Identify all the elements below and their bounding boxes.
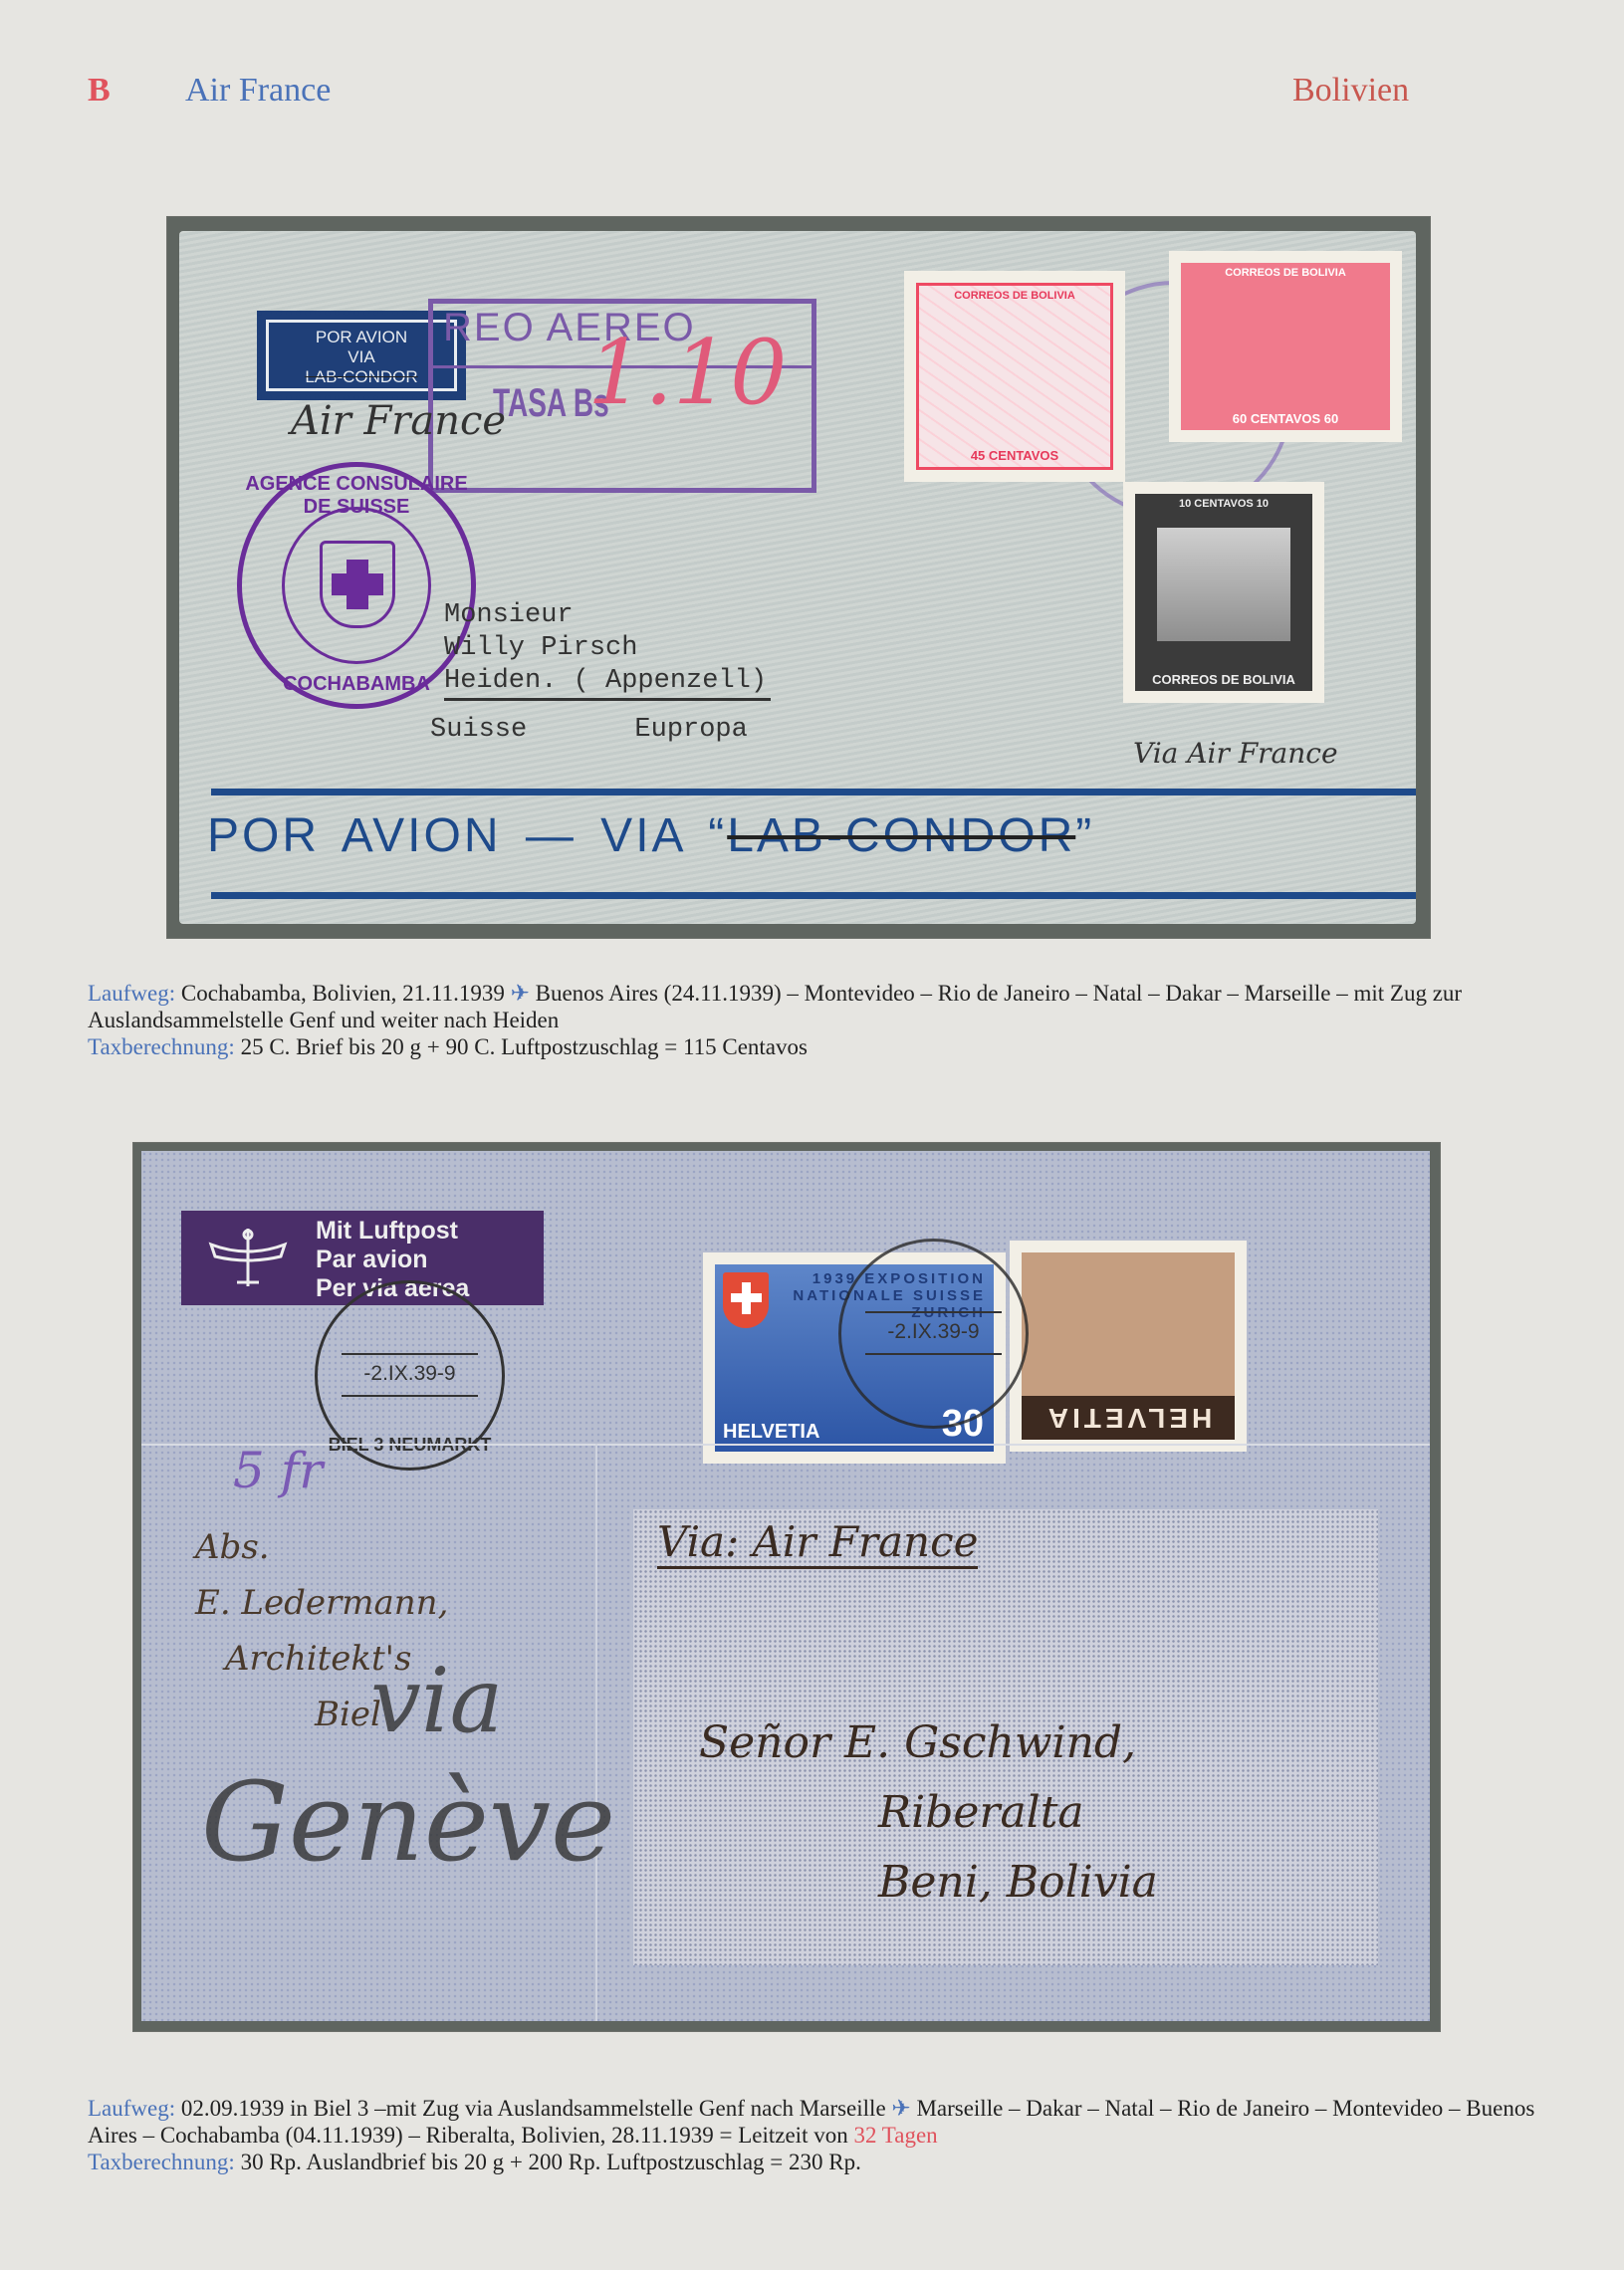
postmark-date: -2.IX.39-9	[865, 1311, 1002, 1355]
recipient-address: Monsieur Willy Pirsch Heiden. ( Appenzel…	[444, 599, 771, 701]
route-part: 02.09.1939 in Biel 3 –mit Zug via Auslan…	[175, 2096, 891, 2121]
stamp-value: 60 CENTAVOS 60	[1181, 411, 1390, 426]
recipient-address: Señor E. Gschwind, Riberalta Beni, Boliv…	[699, 1708, 1158, 1918]
route-text: Laufweg: 02.09.1939 in Biel 3 –mit Zug v…	[88, 2095, 1541, 2149]
destination-country: Suisse Eupropa	[430, 715, 839, 745]
route-key: Laufweg:	[88, 2096, 175, 2121]
stamp-country: HELVETIA	[1022, 1396, 1235, 1440]
stamp-swiss-airmail-inverted: HELVETIA	[1010, 1241, 1247, 1452]
country-word: Suisse	[430, 715, 527, 745]
band-struck: LAB-CONDOR	[727, 809, 1075, 862]
envelope-fold-vertical	[595, 1444, 597, 2021]
swiss-shield-icon	[320, 541, 395, 628]
envelope-paper: Mit Luftpost Par avion Per via aerea -2.…	[141, 1151, 1430, 2021]
red-handwritten-fee: 1.10	[587, 321, 787, 425]
label-line: Mit Luftpost	[316, 1217, 544, 1246]
country-label: Bolivien	[1292, 72, 1409, 110]
postmark-biel-neumarkt: -2.IX.39-9 BIEL 3 NEUMARKT	[315, 1280, 505, 1471]
handwritten-air-france: Air France	[291, 398, 506, 444]
tax-text: Taxberechnung: 30 Rp. Auslandbrief bis 2…	[88, 2149, 1541, 2175]
continent-word: Eupropa	[634, 715, 747, 745]
postmark-date: -2.IX.39-9	[342, 1353, 478, 1397]
recipient-line: Beni, Bolivia	[699, 1848, 1158, 1918]
recipient-line: Riberalta	[699, 1778, 1158, 1848]
stamp-text: 10 CENTAVOS 10	[1135, 498, 1312, 510]
page-title: Air France	[185, 72, 331, 110]
swiss-consular-seal: AGENCE CONSULAIRE DE SUISSE COCHABAMBA	[237, 462, 476, 709]
tax-value: 25 C. Brief bis 20 g + 90 C. Luftpostzus…	[235, 1034, 808, 1059]
caption-cover2: Laufweg: 02.09.1939 in Biel 3 –mit Zug v…	[88, 2095, 1541, 2175]
handwritten-via-air-france: Via: Air France	[657, 1517, 978, 1569]
stamp-text: CORREOS DE BOLIVIA	[919, 290, 1110, 302]
route-key: Laufweg:	[88, 981, 175, 1006]
transit-duration: 32 Tagen	[853, 2123, 937, 2148]
envelope-paper: POR AVION VIA LAB-CONDOR REO AEREO TASA …	[179, 231, 1416, 924]
tax-key: Taxberechnung:	[88, 2150, 235, 2174]
band-prefix: POR AVION — VIA “	[207, 809, 727, 862]
blue-band-top	[211, 789, 1416, 795]
stamp-value: 45 CENTAVOS	[919, 448, 1110, 463]
cover-bolivia-to-switzerland: POR AVION VIA LAB-CONDOR REO AEREO TASA …	[167, 217, 1430, 938]
handwritten-geneve: Genève	[201, 1758, 615, 1886]
route-part: Cochabamba, Bolivien, 21.11.1939	[175, 981, 510, 1006]
sender-line: Abs.	[195, 1519, 448, 1575]
label-line: Par avion	[316, 1246, 544, 1274]
sender-line: E. Ledermann,	[195, 1575, 448, 1631]
section-letter: B	[88, 72, 111, 110]
address-line: Willy Pirsch	[444, 632, 771, 665]
band-suffix: ”	[1075, 809, 1094, 862]
seal-text: COCHABAMBA	[242, 673, 471, 696]
stamp-text: CORREOS DE BOLIVIA	[1181, 267, 1390, 279]
handwritten-via-air-france: Via Air France	[1133, 737, 1338, 770]
envelope-fold	[141, 1444, 1430, 1446]
airplane-icon	[203, 1225, 293, 1292]
postmark-biel-bienne: -2.IX.39-9	[838, 1239, 1029, 1429]
recipient-line: Señor E. Gschwind,	[699, 1708, 1158, 1778]
tax-key: Taxberechnung:	[88, 1034, 235, 1059]
stamp-value: CORREOS DE BOLIVIA	[1135, 672, 1312, 687]
stamp-country: HELVETIA	[723, 1421, 819, 1444]
cover-switzerland-to-bolivia: Mit Luftpost Par avion Per via aerea -2.…	[133, 1143, 1440, 2031]
swiss-flag-icon	[723, 1272, 769, 1328]
stamp-bolivia-10c-vicuna: 10 CENTAVOS 10 CORREOS DE BOLIVIA	[1123, 482, 1324, 703]
stamp-bolivia-45c-map: CORREOS DE BOLIVIA 45 CENTAVOS	[904, 271, 1125, 482]
tax-value: 30 Rp. Auslandbrief bis 20 g + 200 Rp. L…	[235, 2150, 861, 2174]
address-line: Heiden. ( Appenzell)	[444, 665, 771, 701]
route-text: Laufweg: Cochabamba, Bolivien, 21.11.193…	[88, 980, 1541, 1033]
handwritten-fee: 5 fr	[233, 1442, 323, 1499]
vicuna-image	[1157, 528, 1290, 641]
por-avion-band-text: POR AVION — VIA “LAB-CONDOR”	[207, 808, 1094, 863]
blue-band-bottom	[211, 892, 1416, 899]
handwritten-via: via	[370, 1649, 503, 1753]
address-line: Monsieur	[444, 599, 771, 632]
airplane-icon: ✈	[511, 981, 530, 1006]
tax-text: Taxberechnung: 25 C. Brief bis 20 g + 90…	[88, 1033, 1541, 1060]
stamp-bolivia-60c-chinchilla: CORREOS DE BOLIVIA 60 CENTAVOS 60	[1169, 251, 1402, 442]
airplane-icon: ✈	[891, 2096, 910, 2121]
airmail-label-mit-luftpost: Mit Luftpost Par avion Per via aerea	[181, 1211, 544, 1305]
caption-cover1: Laufweg: Cochabamba, Bolivien, 21.11.193…	[88, 980, 1541, 1060]
